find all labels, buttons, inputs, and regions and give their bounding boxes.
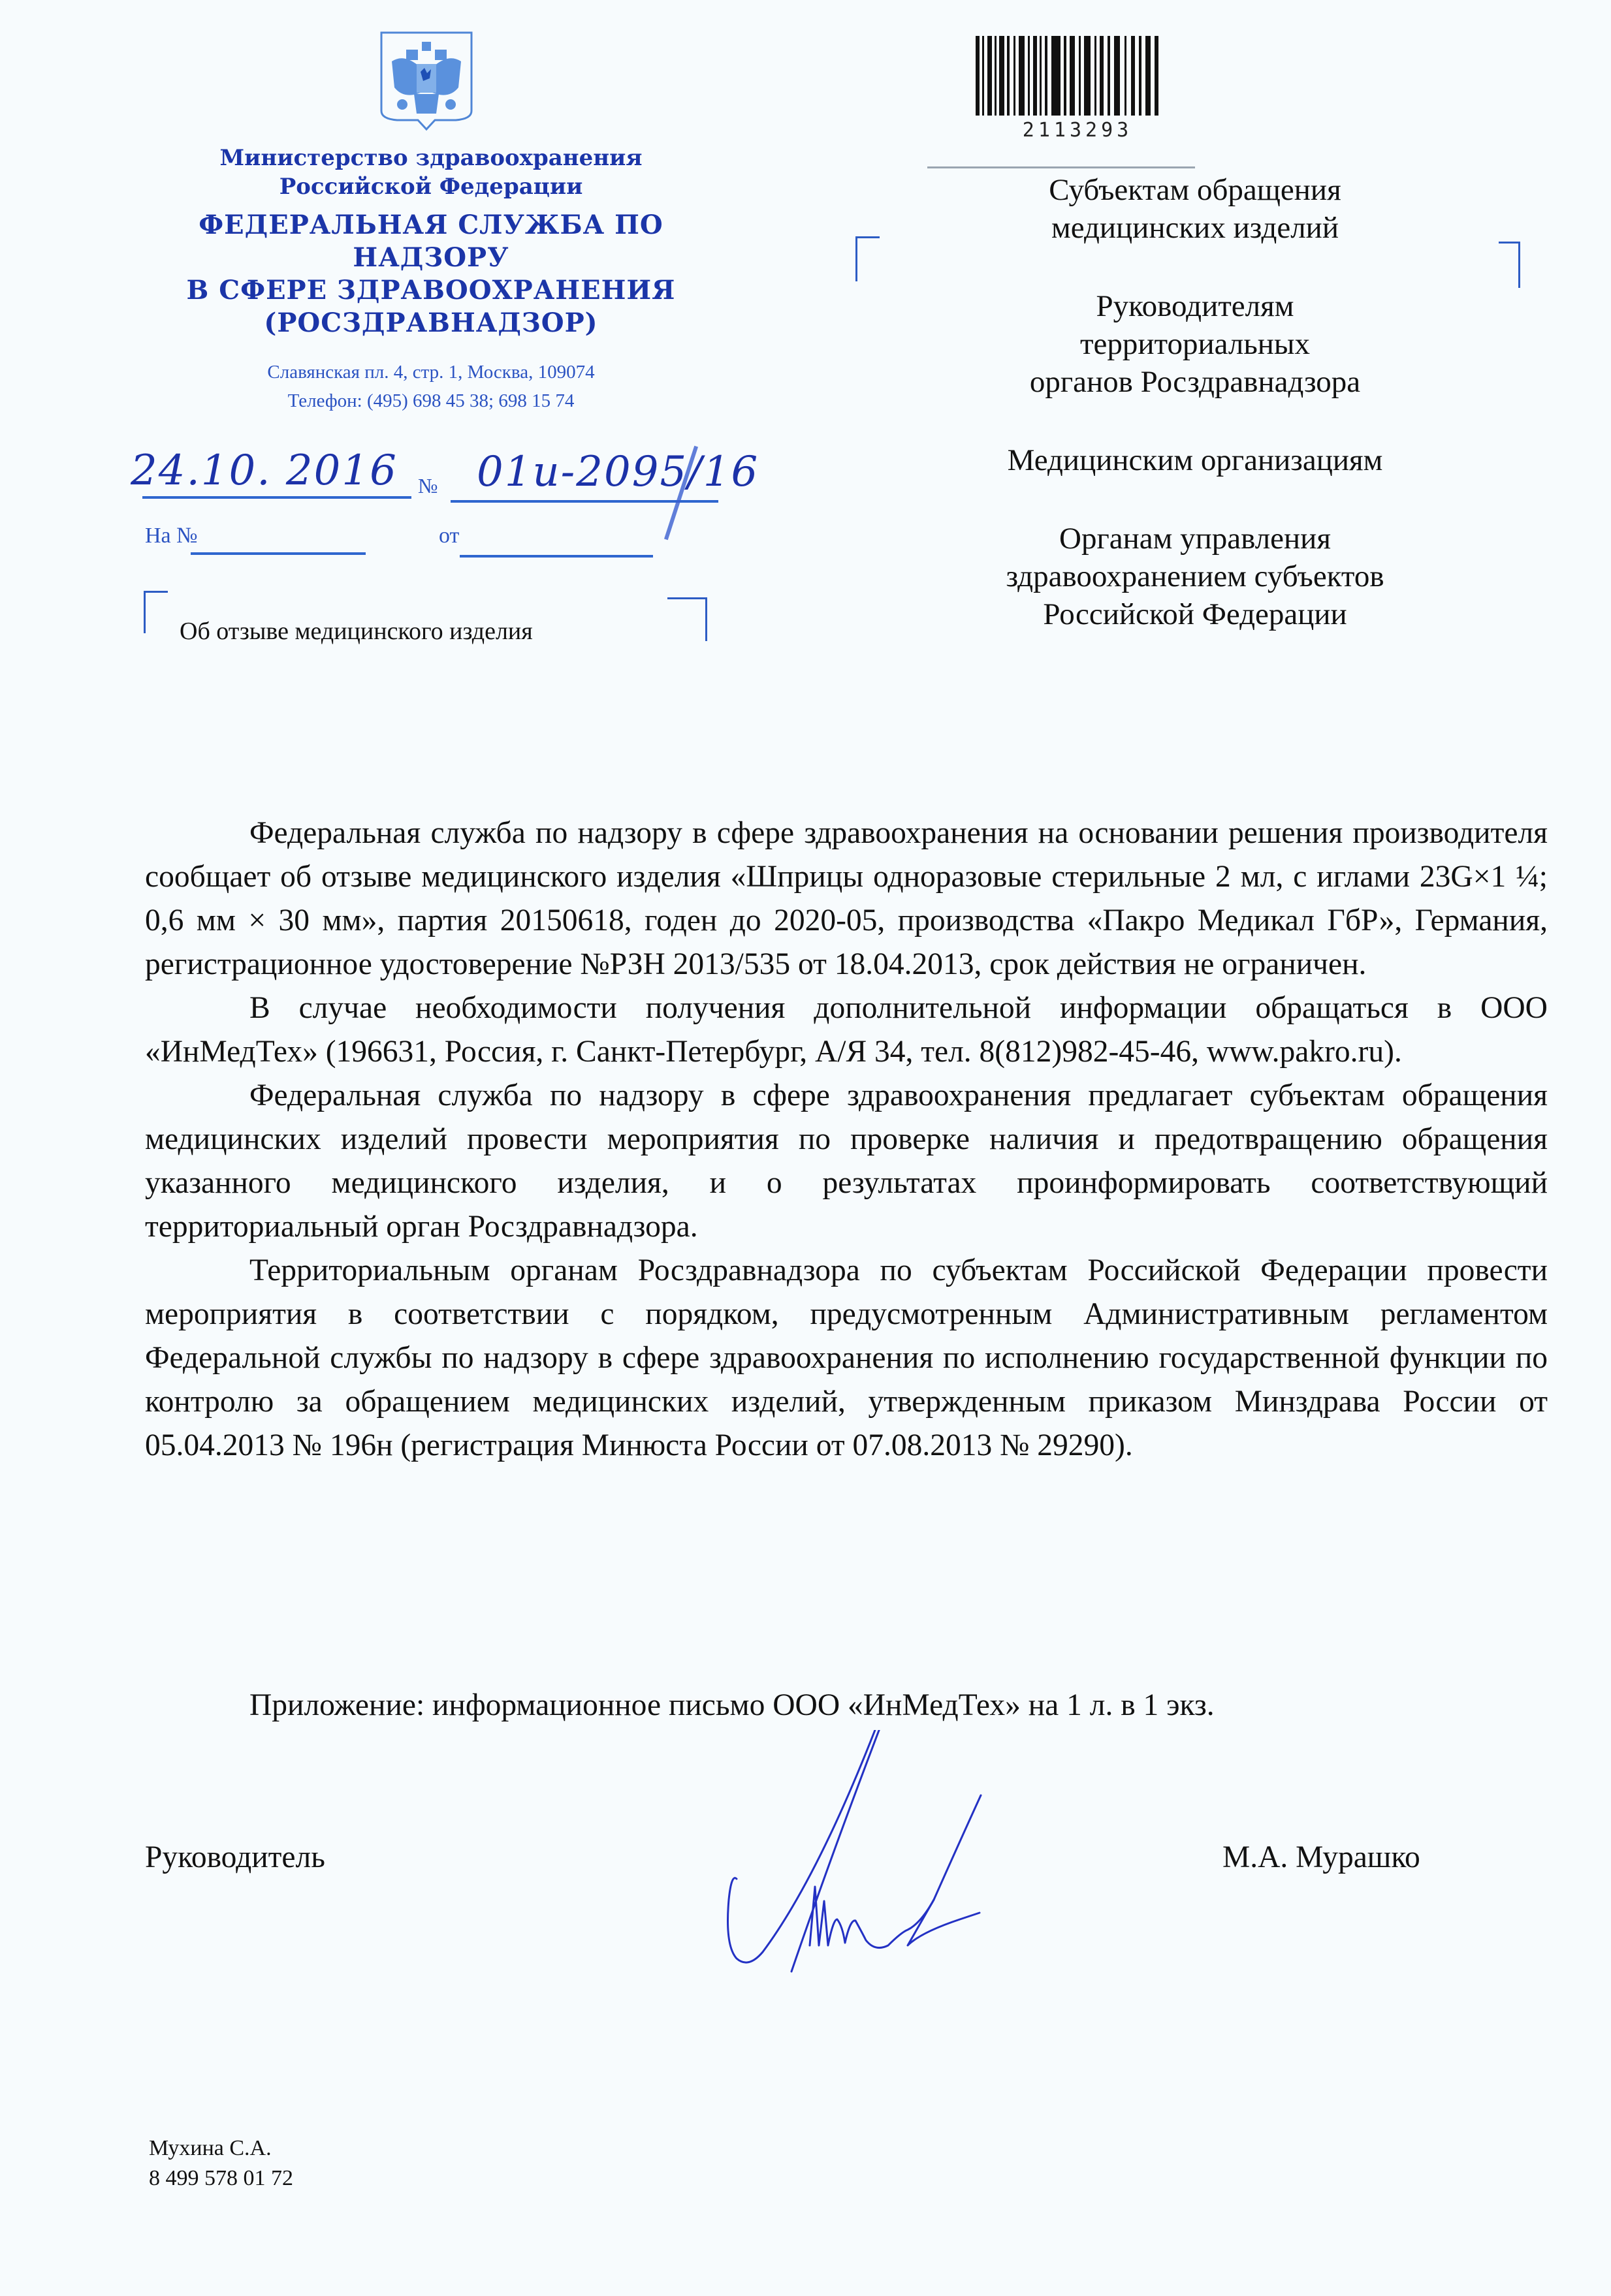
- recipient-line: Российской Федерации: [895, 595, 1495, 633]
- from-label: от: [439, 524, 459, 548]
- recipient-group: Руководителям территориальных органов Ро…: [895, 287, 1495, 401]
- recipient-bracket-right: [1499, 242, 1520, 288]
- recipient-line: органов Росздравнадзора: [895, 363, 1495, 401]
- reply-date-line-ext: [496, 555, 653, 558]
- service-line: ФЕДЕРАЛЬНАЯ СЛУЖБА ПО НАДЗОРУ: [124, 209, 738, 274]
- body-paragraph: Федеральная служба по надзору в сфере зд…: [145, 811, 1548, 986]
- attachment-note: Приложение: информационное письмо ООО «И…: [249, 1688, 1555, 1723]
- recipient-group: Субъектам обращения медицинских изделий: [895, 171, 1495, 247]
- number-label: №: [418, 474, 438, 498]
- subject-line: Об отзыве медицинского изделия: [180, 617, 715, 646]
- recipient-line: здравоохранением субъектов: [895, 558, 1495, 595]
- letter-page: Министерство здравоохранения Российской …: [0, 0, 1611, 2296]
- signer-name: М.А. Мурашко: [1222, 1840, 1420, 1875]
- recipient-line: медицинских изделий: [895, 209, 1495, 247]
- service-line: (РОСЗДРАВНАДЗОР): [124, 307, 738, 339]
- service-name: ФЕДЕРАЛЬНАЯ СЛУЖБА ПО НАДЗОРУ В СФЕРЕ ЗД…: [124, 209, 738, 339]
- body-paragraph: Федеральная служба по надзору в сфере зд…: [145, 1074, 1548, 1249]
- ministry-line: Российской Федерации: [170, 172, 692, 201]
- recipient-line: территориальных: [895, 325, 1495, 363]
- registration-block: 24.10. 2016 № 01и-2095/16: [131, 450, 718, 516]
- executor-name: Мухина С.А.: [149, 2133, 293, 2163]
- ministry-name: Министерство здравоохранения Российской …: [170, 144, 692, 201]
- body-paragraph: В случае необходимости получения дополни…: [145, 986, 1548, 1074]
- subject-bracket-left: [144, 591, 168, 633]
- service-line: В СФЕРЕ ЗДРАВООХРАНЕНИЯ: [124, 274, 738, 307]
- coat-of-arms-icon: [377, 27, 475, 132]
- handwritten-number: 01и-2095/16: [477, 448, 759, 496]
- handwritten-signature-icon: [686, 1730, 1110, 2004]
- signer-title: Руководитель: [145, 1840, 325, 1875]
- date-underline: [142, 496, 411, 499]
- barcode-icon: [974, 36, 1164, 118]
- recipient-line: Руководителям: [895, 287, 1495, 325]
- recipient-line: Медицинским организациям: [895, 441, 1495, 479]
- recipient-group: Органам управления здравоохранением субъ…: [895, 520, 1495, 633]
- address: Славянская пл. 4, стр. 1, Москва, 109074: [170, 358, 692, 386]
- divider: [927, 166, 1195, 168]
- body-paragraph: Территориальным органам Росздравнадзора …: [145, 1249, 1548, 1468]
- reply-number-line-ext: [248, 552, 366, 555]
- phone: Телефон: (495) 698 45 38; 698 15 74: [170, 386, 692, 415]
- recipient-bracket-left: [855, 236, 880, 281]
- recipient-line: Субъектам обращения: [895, 171, 1495, 209]
- executor-phone: 8 499 578 01 72: [149, 2163, 293, 2194]
- recipients-block: Субъектам обращения медицинских изделий …: [895, 171, 1495, 674]
- handwritten-date: 24.10. 2016: [131, 447, 398, 495]
- recipient-line: Органам управления: [895, 520, 1495, 558]
- executor-block: Мухина С.А. 8 499 578 01 72: [149, 2133, 293, 2194]
- letter-body: Федеральная служба по надзору в сфере зд…: [145, 811, 1548, 1468]
- reply-to-label: На №: [145, 524, 198, 548]
- letterhead-contacts: Славянская пл. 4, стр. 1, Москва, 109074…: [170, 358, 692, 415]
- ministry-line: Министерство здравоохранения: [170, 144, 692, 172]
- barcode-number: 2113293: [993, 119, 1162, 142]
- reply-reference: На № от: [131, 522, 718, 568]
- recipient-group: Медицинским организациям: [895, 441, 1495, 479]
